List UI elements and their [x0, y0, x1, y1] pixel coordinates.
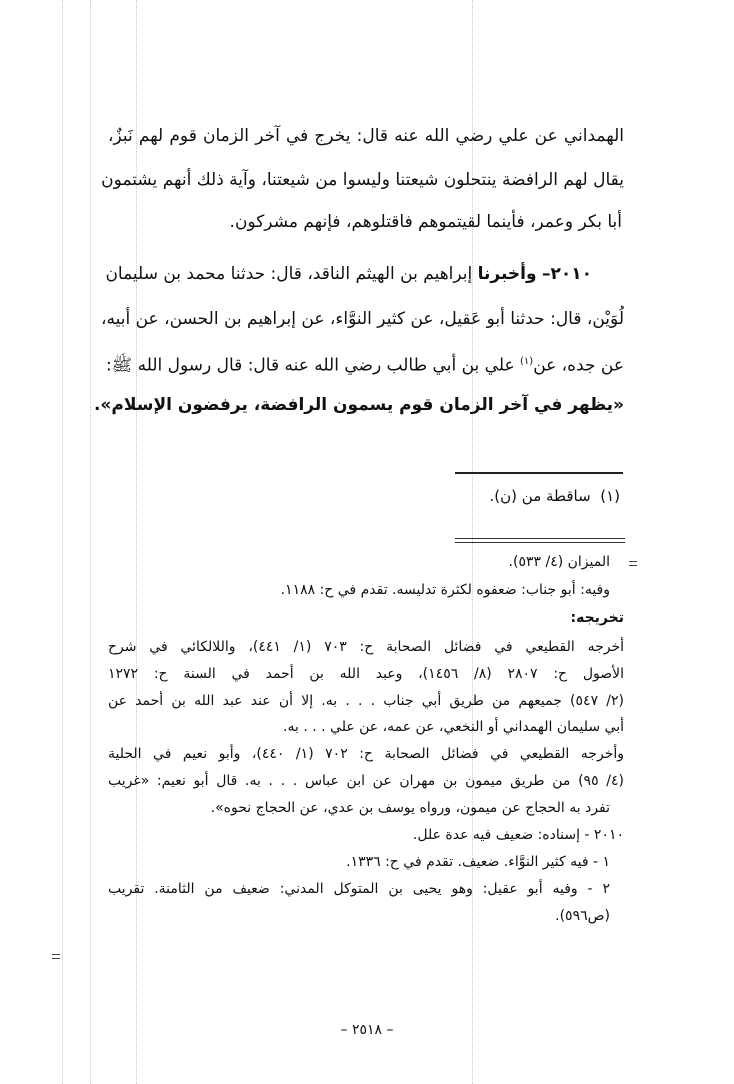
page-number: – ٢٥١٨ –	[0, 1022, 734, 1038]
main-text-line: عن جده، عن(١) علي بن أبي طالب رضي الله ع…	[108, 350, 624, 378]
footnote-separator	[455, 472, 623, 474]
notes-line: ٢ - وفيه أبو عقيل: وهو يحيى بن المتوكل ا…	[108, 879, 610, 900]
notes-line: ١ - فيه كثير النوَّاء. ضعيف. تقدم في ح: …	[346, 852, 610, 873]
notes-line: (ص٥٩٦).	[555, 906, 610, 927]
main-text-line: لُوَيْن، قال: حدثنا أبو عَقيل، عن كثير ا…	[108, 307, 624, 331]
hadith-chain-text: إبراهيم بن الهيثم الناقد، قال: حدثنا محم…	[105, 264, 472, 284]
margin-mark	[629, 561, 637, 566]
notes-heading: تخريجه:	[571, 608, 625, 629]
hadith-lead-word: وأخبرنا	[478, 264, 537, 284]
notes-line: الأصول ح: ٢٨٠٧ (٨/ ١٤٥٦)، وعبد الله بن أ…	[108, 664, 624, 685]
notes-line: وأخرجه القطيعي في فضائل الصحابة ح: ٧٠٢ (…	[108, 744, 624, 765]
notes-line: أخرجه القطيعي في فضائل الصحابة ح: ٧٠٣ (١…	[108, 637, 624, 658]
notes-line: ٢٠١٠ - إسناده: ضعيف فيه عدة علل.	[413, 825, 624, 846]
scan-artifact-line	[136, 0, 137, 1084]
hadith-2010-line: ٢٠١٠– وأخبرنا إبراهيم بن الهيثم الناقد، …	[108, 262, 622, 286]
chain-text: علي بن أبي طالب رضي الله عنه قال: قال رس…	[106, 356, 515, 376]
notes-line: أبي سليمان الهمداني أو النخعي، عن عمه، ع…	[283, 717, 624, 738]
notes-line: (٢/ ٥٤٧) جميعهم من طريق أبي جناب . . . ب…	[108, 691, 624, 712]
main-text-line: يقال لهم الرافضة ينتحلون شيعتنا وليسوا م…	[108, 168, 624, 192]
footnote-marker: (١)	[600, 487, 620, 505]
main-text-line: أبا بكر وعمر، فأينما لقيتموهم فاقتلوهم، …	[230, 210, 622, 234]
hadith-number: ٢٠١٠–	[542, 264, 592, 284]
book-page: الهمداني عن علي رضي الله عنه قال: يخرج ف…	[0, 0, 734, 1084]
chain-text: عن جده، عن	[533, 356, 624, 376]
footnote: (١) ساقطة من (ن).	[490, 485, 620, 507]
notes-line: (٤/ ٩٥) من طريق ميمون بن مهران عن ابن عب…	[108, 771, 624, 792]
notes-line: تفرد به الحجاج عن ميمون، ورواه يوسف بن ع…	[211, 798, 610, 819]
notes-separator	[455, 538, 625, 543]
footnote-text: ساقطة من (ن).	[490, 487, 591, 505]
notes-line: الميزان (٤/ ٥٣٣).	[509, 552, 610, 573]
main-text-line: الهمداني عن علي رضي الله عنه قال: يخرج ف…	[108, 124, 624, 148]
margin-mark	[52, 954, 60, 959]
hadith-matn: «يظهر في آخر الزمان قوم يسمون الرافضة، ي…	[94, 393, 624, 417]
scan-artifact-line	[90, 0, 91, 1084]
notes-line: وفيه: أبو جناب: ضعفوه لكثرة تدليسه. تقدم…	[281, 580, 610, 601]
footnote-ref: (١)	[520, 356, 533, 367]
scan-artifact-line	[62, 0, 63, 1084]
